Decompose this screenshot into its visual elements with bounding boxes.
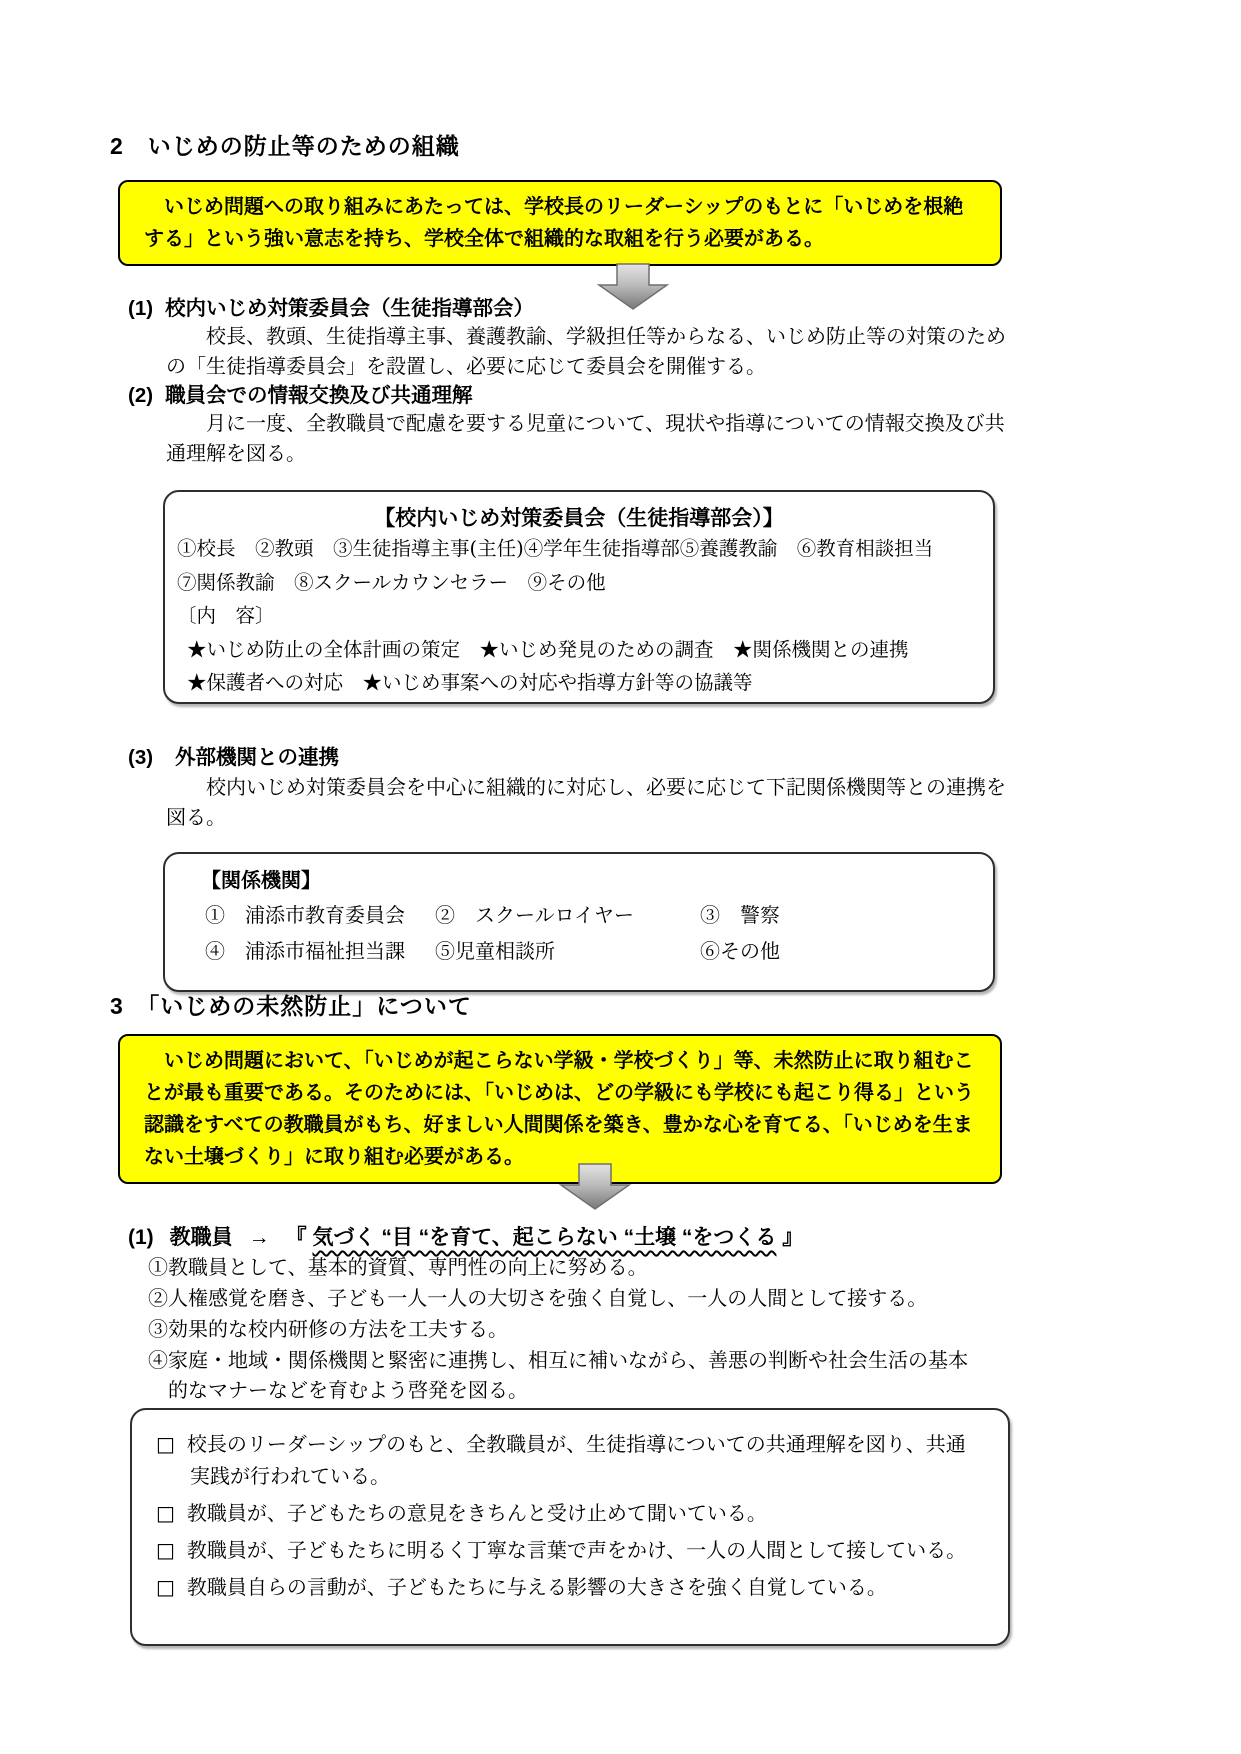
slogan-number: (1) [128,1226,154,1249]
down-arrow-icon [558,1163,632,1211]
checkbox-icon: □ [156,1575,175,1599]
slogan-text: 気づく “目 “を育て、起こらない “土壌 “をつくる [313,1226,777,1249]
teacher-point: ④家庭・地域・関係機関と緊密に連携し、相互に補いながら、善悪の判断や社会生活の基… [148,1345,983,1405]
committee-box: 【校内いじめ対策委員会（生徒指導部会）】 ①校長 ②教頭 ③生徒指導主事(主任)… [163,490,995,704]
checkbox-icon: □ [156,1538,175,1562]
teacher-point: ②人権感覚を磨き、子ども一人一人の大切さを強く自覚し、一人の人間として接する。 [148,1283,983,1313]
agency-cell: ③ 警察 [700,897,780,933]
list-item-1-body: 校長、教頭、生徒指導主事、養護教諭、学級担任等からなる、いじめ防止等の対策のため… [166,321,1012,382]
checkbox-icon: □ [156,1432,175,1456]
agency-cell: ② スクールロイヤー [435,897,700,933]
right-arrow-glyph: → [249,1226,270,1249]
check-item: □教職員が、子どもたちに明るく丁寧な言葉で声をかけ、一人の人間として接している。 [156,1534,978,1566]
down-arrow-icon [596,263,670,311]
list-item-3-heading: (3)外部機関との連携 [128,740,339,770]
list-item-2-number: (2) [128,384,153,407]
committee-members-line-2: ⑦関係教諭 ⑧スクールカウンセラー ⑨その他 [165,566,993,600]
teacher-point: ①教職員として、基本的資質、専門性の向上に努める。 [148,1252,983,1282]
teacher-point: ③効果的な校内研修の方法を工夫する。 [148,1314,983,1344]
check-item: □教職員自らの言動が、子どもたちに与える影響の大きさを強く自覚している。 [156,1571,978,1603]
slogan-label: 教職員 [170,1226,233,1249]
list-item-1-heading: (1)校内いじめ対策委員会（生徒指導部会） [128,291,534,321]
section-3-heading: 3 「いじめの未然防止」について [110,988,472,1021]
check-item-text: 教職員自らの言動が、子どもたちに与える影響の大きさを強く自覚している。 [187,1575,887,1599]
check-item-text: 教職員が、子どもたちの意見をきちんと受け止めて聞いている。 [187,1501,767,1525]
document-page: { "colors": { "highlight_bg": "#ffff00",… [0,0,1241,1754]
agency-cell: ④ 浦添市福祉担当課 [205,933,435,969]
check-item-text: 校長のリーダーシップのもと、全教職員が、生徒指導についての共通理解を図り、共通実… [187,1432,966,1488]
related-agencies-row: ④ 浦添市福祉担当課 ⑤児童相談所 ⑥その他 [165,933,993,969]
committee-content-line-1: ★いじめ防止の全体計画の策定 ★いじめ発見のための調査 ★関係機関との連携 [165,633,993,667]
teacher-points-list: ①教職員として、基本的資質、専門性の向上に努める。 ②人権感覚を磨き、子ども一人… [148,1252,983,1406]
check-item: □教職員が、子どもたちの意見をきちんと受け止めて聞いている。 [156,1497,978,1529]
related-agencies-box: 【関係機関】 ① 浦添市教育委員会 ② スクールロイヤー ③ 警察 ④ 浦添市福… [163,852,995,992]
section-2-heading: 2 いじめの防止等のための組織 [110,128,460,161]
list-item-2-heading: (2)職員会での情報交換及び共通理解 [128,378,473,408]
list-item-2-title: 職員会での情報交換及び共通理解 [165,384,473,407]
agency-cell: ⑥その他 [700,933,780,969]
committee-box-title: 【校内いじめ対策委員会（生徒指導部会）】 [165,492,993,532]
related-agencies-title: 【関係機関】 [165,854,993,897]
agency-cell: ⑤児童相談所 [435,933,700,969]
committee-content-label: 〔内 容〕 [165,599,993,633]
checklist-box: □校長のリーダーシップのもと、全教職員が、生徒指導についての共通理解を図り、共通… [130,1408,1010,1646]
section-3-highlight-note: いじめ問題において、「いじめが起こらない学級・学校づくり」等、未然防止に取り組む… [118,1034,1002,1184]
related-agencies-row: ① 浦添市教育委員会 ② スクールロイヤー ③ 警察 [165,897,993,933]
list-item-1-title: 校内いじめ対策委員会（生徒指導部会） [165,297,534,320]
teacher-slogan-heading: (1)教職員→『 気づく “目 “を育て、起こらない “土壌 “をつくる 』 [128,1221,803,1251]
committee-content-line-2: ★保護者への対応 ★いじめ事案への対応や指導方針等の協議等 [165,666,993,700]
agency-cell: ① 浦添市教育委員会 [205,897,435,933]
list-item-2-body: 月に一度、全教職員で配慮を要する児童について、現状や指導についての情報交換及び共… [166,408,1012,469]
list-item-3-number: (3) [128,746,153,769]
check-item-text: 教職員が、子どもたちに明るく丁寧な言葉で声をかけ、一人の人間として接している。 [187,1538,966,1562]
list-item-3-title: 外部機関との連携 [175,746,339,769]
check-item: □校長のリーダーシップのもと、全教職員が、生徒指導についての共通理解を図り、共通… [156,1428,978,1492]
section-2-highlight-note: いじめ問題への取り組みにあたっては、学校長のリーダーシップのもとに「いじめを根絶… [118,180,1002,266]
committee-members-line-1: ①校長 ②教頭 ③生徒指導主事(主任)④学年生徒指導部⑤養護教諭 ⑥教育相談担当 [165,532,993,566]
slogan-bracket-close: 』 [782,1226,803,1249]
checkbox-icon: □ [156,1501,175,1525]
slogan-bracket-open: 『 [286,1226,307,1249]
list-item-1-number: (1) [128,297,153,320]
list-item-3-body: 校内いじめ対策委員会を中心に組織的に対応し、必要に応じて下記関係機関等との連携を… [166,772,1010,833]
